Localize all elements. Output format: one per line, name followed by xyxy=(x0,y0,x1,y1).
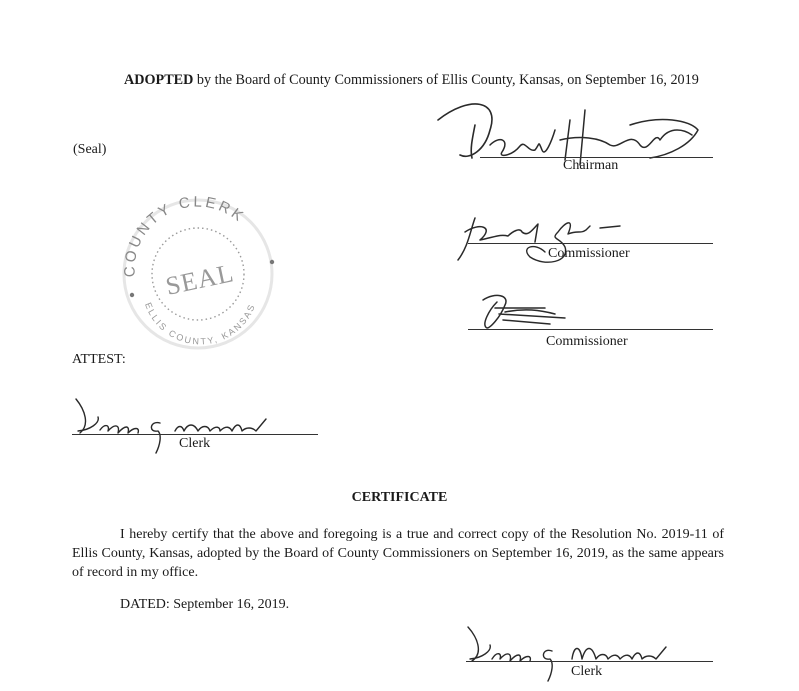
svg-text:ELLIS COUNTY, KANSAS: ELLIS COUNTY, KANSAS xyxy=(143,301,257,347)
commissioner-2-signature-line xyxy=(468,329,713,330)
attest-clerk-signature xyxy=(70,395,280,455)
commissioner-1-signature xyxy=(450,212,630,272)
adoption-text: by the Board of County Commissioners of … xyxy=(193,72,698,88)
chairman-role: Chairman xyxy=(563,158,618,174)
certificate-clerk-signature-line xyxy=(466,661,713,662)
attest-label: ATTEST: xyxy=(72,352,126,368)
seal-label: (Seal) xyxy=(73,142,106,158)
certificate-title: CERTIFICATE xyxy=(0,490,799,506)
adoption-statement: ADOPTED by the Board of County Commissio… xyxy=(124,72,699,89)
seal-center-text: SEAL xyxy=(163,258,237,301)
commissioner-1-signature-line xyxy=(468,243,713,244)
county-clerk-seal: COUNTY CLERK ELLIS COUNTY, KANSAS SEAL xyxy=(110,192,280,357)
certificate-clerk-role: Clerk xyxy=(571,664,602,680)
attest-clerk-signature-line xyxy=(72,434,318,435)
commissioner-2-role: Commissioner xyxy=(546,334,628,350)
adopted-bold: ADOPTED xyxy=(124,72,193,88)
certificate-dated: DATED: September 16, 2019. xyxy=(120,597,289,613)
seal-bottom-text: ELLIS COUNTY, KANSAS xyxy=(143,301,257,347)
certificate-body: I hereby certify that the above and fore… xyxy=(72,525,724,582)
attest-clerk-role: Clerk xyxy=(179,436,210,452)
commissioner-1-role: Commissioner xyxy=(548,246,630,262)
